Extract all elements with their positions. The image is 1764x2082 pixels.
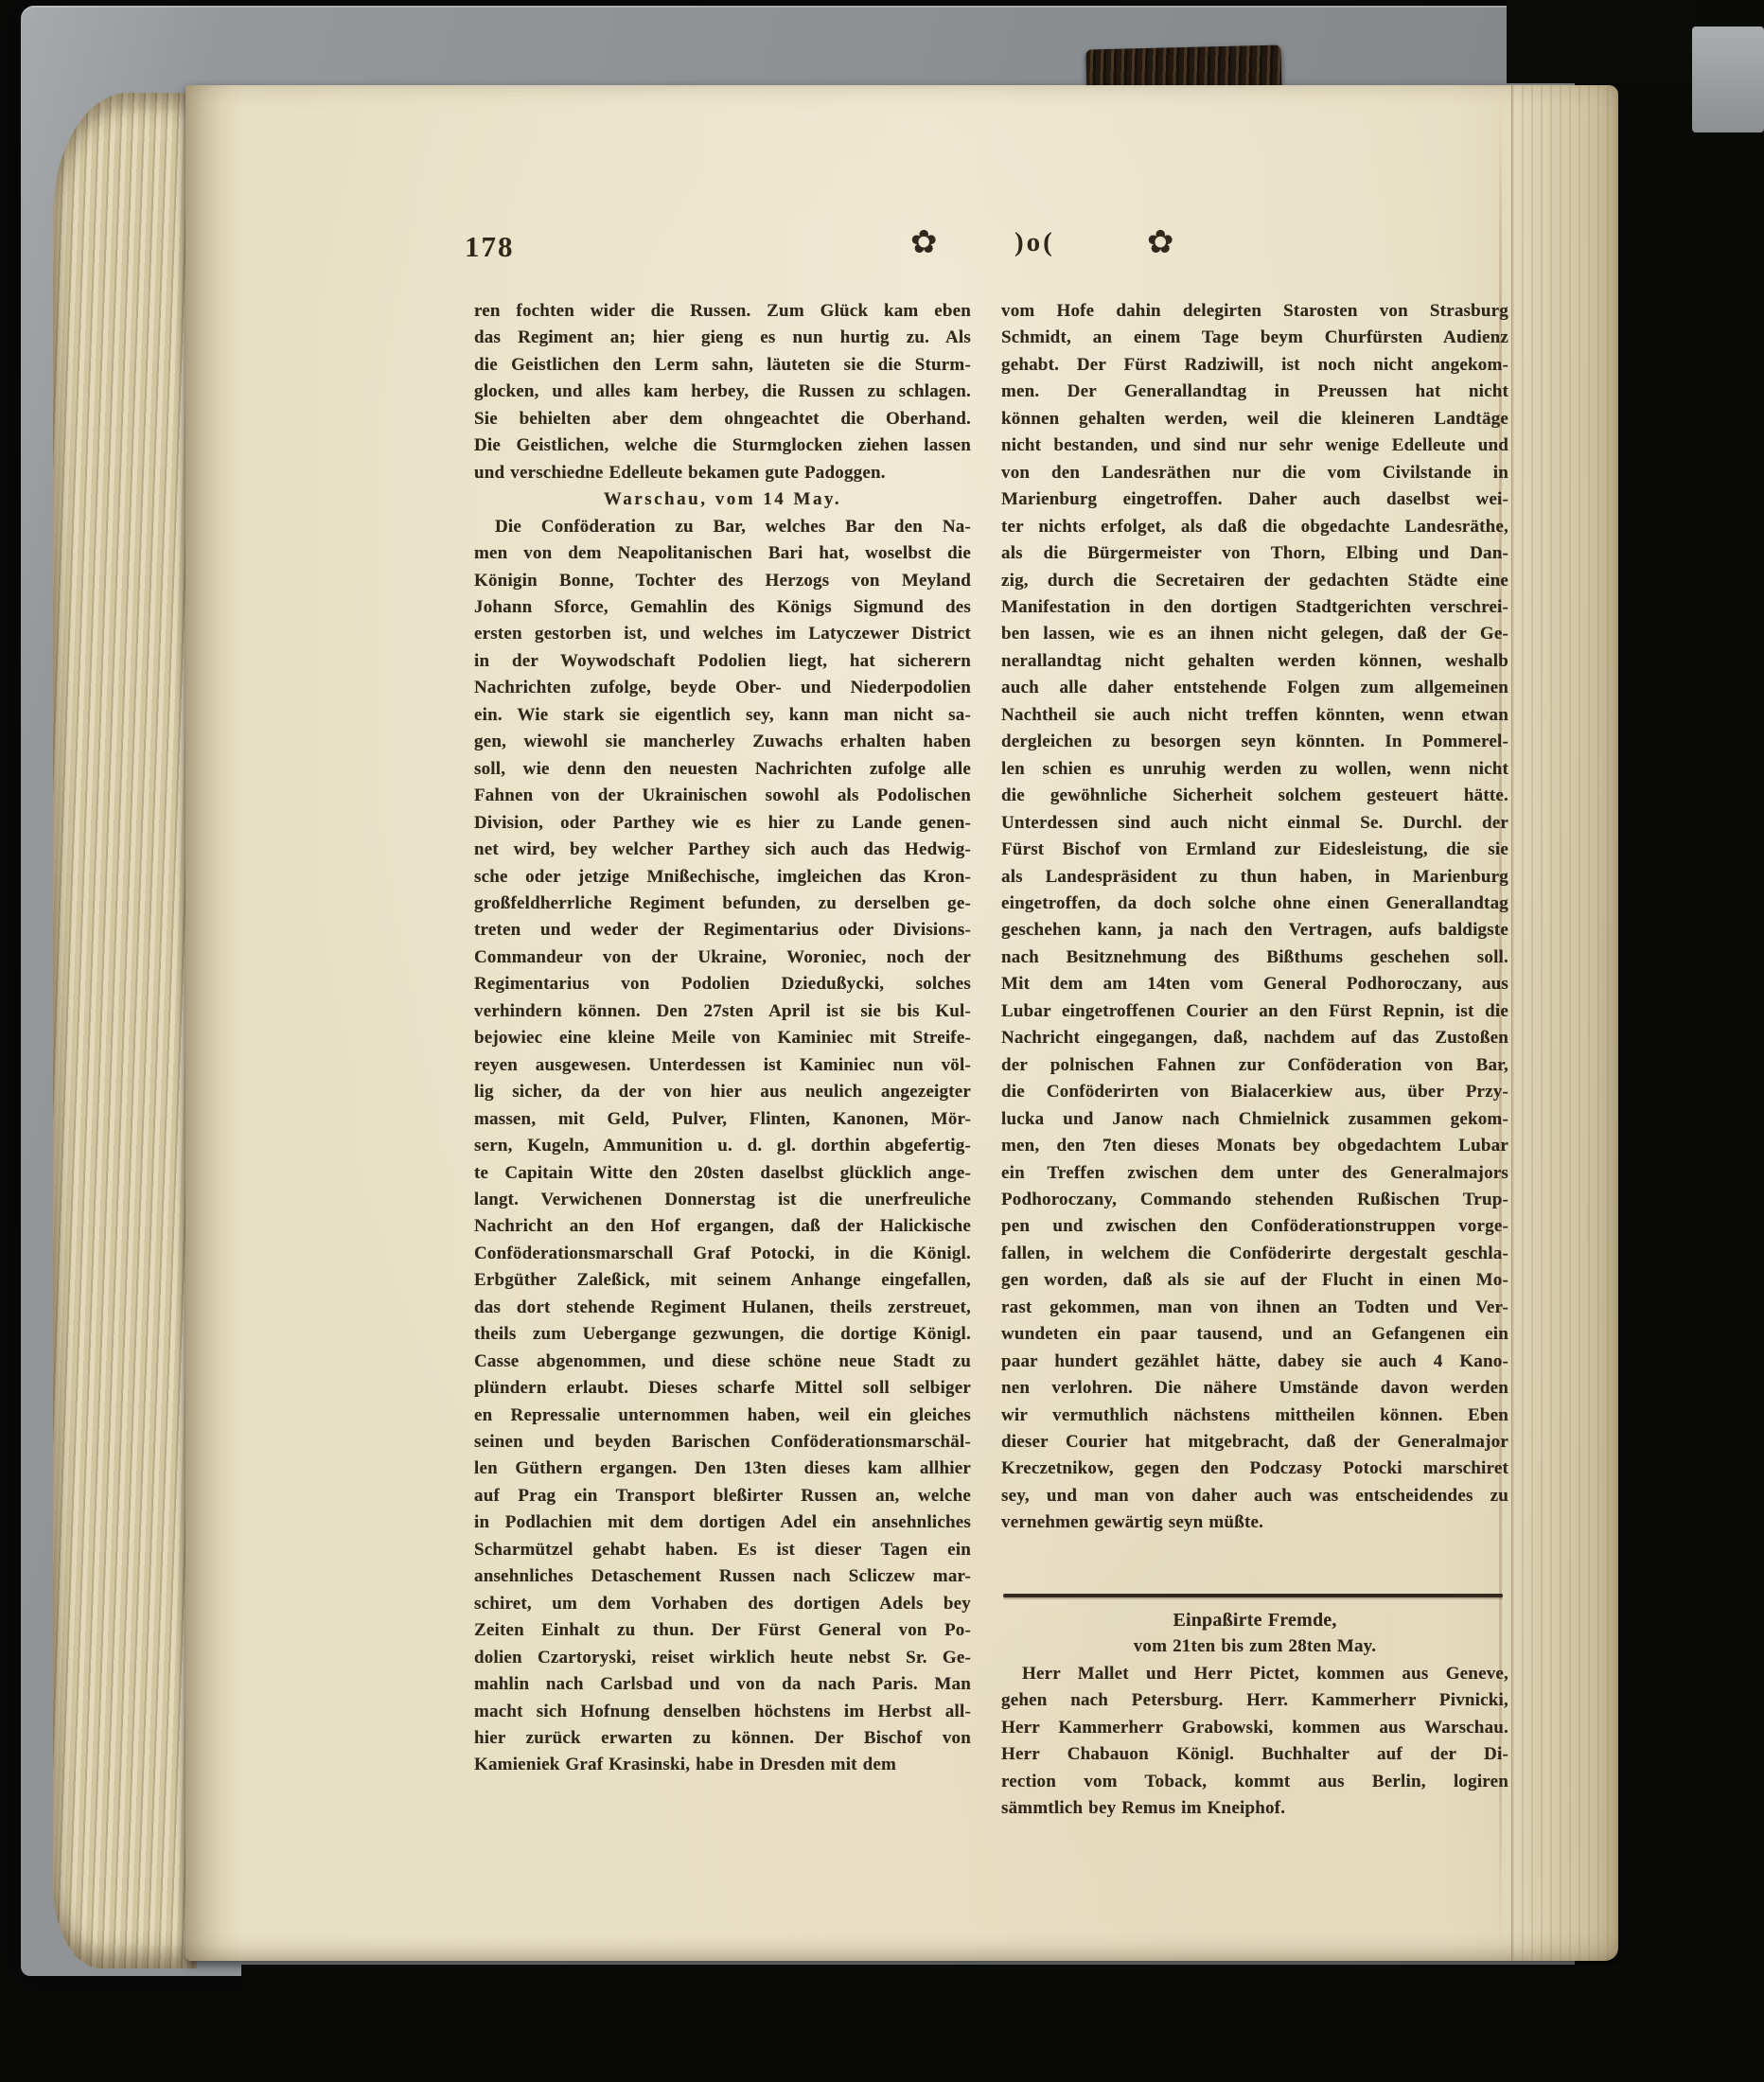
text-line: treten und weder der Regimentarius oder … xyxy=(474,917,971,944)
text-line: ansehnliches Detaschement Russen nach Sc… xyxy=(474,1563,971,1590)
text-line: rection vom Toback, kommt aus Berlin, lo… xyxy=(1001,1769,1508,1795)
text-line: großfeldherrliche Regiment befunden, zu … xyxy=(474,891,971,917)
text-line: in Podlachien mit dem dortigen Adel ein … xyxy=(474,1509,971,1536)
book-scan: 178 ✿ )o( ✿ ren fochten wider die Russen… xyxy=(0,0,1764,2082)
text-line: gehen nach Petersburg. Herr. Kammerherr … xyxy=(1001,1687,1508,1714)
text-line: Conföderationsmarschall Graf Potocki, in… xyxy=(474,1241,971,1267)
text-line: dergleichen zu besorgen seyn könnten. In… xyxy=(1001,729,1508,755)
book-page: 178 ✿ )o( ✿ ren fochten wider die Russen… xyxy=(185,85,1618,1961)
page-stack-edge xyxy=(53,93,197,1968)
text-line: Herr Kammerherr Grabowski, kommen aus Wa… xyxy=(1001,1715,1508,1741)
text-line: seinen und beyden Barischen Conföderatio… xyxy=(474,1429,971,1456)
text-line: ben lassen, wie es an ihnen nicht gelege… xyxy=(1001,621,1508,647)
text-line: paar hundert gezählet hätte, dabey sie a… xyxy=(1001,1349,1508,1375)
text-line: nerallandtag nicht gehalten werden könne… xyxy=(1001,648,1508,675)
text-line: geschehen kann, ja nach den Vertragen, a… xyxy=(1001,917,1508,944)
section-separator-mark: )o( xyxy=(1014,227,1055,258)
text-line: ren fochten wider die Russen. Zum Glück … xyxy=(474,298,971,325)
text-line: nach Besitznehmung des Bißthums geschehe… xyxy=(1001,944,1508,971)
text-line: gen worden, daß als sie auf der Flucht i… xyxy=(1001,1267,1508,1294)
text-line: auch alle daher entstehende Folgen zum a… xyxy=(1001,675,1508,701)
text-line: sey, und man von daher auch was entschei… xyxy=(1001,1483,1508,1509)
text-line: Kamieniek Graf Krasinski, habe in Dresde… xyxy=(474,1752,971,1778)
text-line: die Geistlichen den Lerm sahn, läuteten … xyxy=(474,352,971,379)
text-line: Die Conföderation zu Bar, welches Bar de… xyxy=(474,514,971,540)
text-line: len Güthern ergangen. Den 13ten dieses k… xyxy=(474,1456,971,1482)
text-line: Johann Sforce, Gemahlin des Königs Sigmu… xyxy=(474,594,971,621)
text-line: nen verlohren. Die nähere Umstände davon… xyxy=(1001,1375,1508,1402)
text-line: ersten gestorben ist, und welches im Lat… xyxy=(474,621,971,647)
text-line: sern, Kugeln, Ammunition u. d. gl. dorth… xyxy=(474,1133,971,1159)
dateline-heading: Warschau, vom 14 May. xyxy=(474,486,971,513)
text-line: Lubar eingetroffenen Courier an den Fürs… xyxy=(1001,998,1508,1025)
text-line: rast gekommen, man von ihnen an Todten u… xyxy=(1001,1295,1508,1321)
text-line: gen, wiewohl sie mancherley Zuwachs erha… xyxy=(474,729,971,755)
text-line: Unterdessen sind auch nicht einmal Se. D… xyxy=(1001,810,1508,837)
text-line: Nachtheil sie auch nicht treffen könnten… xyxy=(1001,702,1508,729)
text-line: wundeten ein paar tausend, und an Gefang… xyxy=(1001,1321,1508,1348)
background-shadow xyxy=(1507,0,1696,83)
text-line: Manifestation in den dortigen Stadtgeric… xyxy=(1001,594,1508,621)
text-line: net wird, bey welcher Parthey sich auch … xyxy=(474,837,971,863)
text-line: Schmidt, an einem Tage beym Churfürsten … xyxy=(1001,325,1508,351)
text-line: soll, wie denn den neuesten Nachrichten … xyxy=(474,756,971,783)
text-line: lig sicher, da der von hier aus neulich … xyxy=(474,1079,971,1105)
text-line: plündern erlaubt. Dieses scharfe Mittel … xyxy=(474,1375,971,1402)
text-line: Nachrichten zufolge, beyde Ober- und Nie… xyxy=(474,675,971,701)
background-shadow xyxy=(241,1965,1764,2082)
text-line: gehabt. Der Fürst Radziwill, ist noch ni… xyxy=(1001,352,1508,379)
text-line: bejowiec eine kleine Meile von Kaminiec … xyxy=(474,1025,971,1051)
text-line: und verschiedne Edelleute bekamen gute P… xyxy=(474,460,971,486)
text-line: Marienburg eingetroffen. Daher auch dase… xyxy=(1001,486,1508,513)
text-line: massen, mit Geld, Pulver, Flinten, Kanon… xyxy=(474,1106,971,1133)
shell-ornament-icon: ✿ xyxy=(910,223,938,261)
text-line: auf Prag ein Transport bleßirter Russen … xyxy=(474,1483,971,1509)
right-text-column: vom Hofe dahin delegirten Starosten von … xyxy=(1001,298,1508,1822)
text-line: Sie behielten aber dem ohngeachtet die O… xyxy=(474,406,971,432)
background-object xyxy=(1692,26,1764,132)
text-line: glocken, und alles kam herbey, die Russe… xyxy=(474,379,971,405)
text-line: als die Bürgermeister von Thorn, Elbing … xyxy=(1001,540,1508,567)
text-line: men von dem Neapolitanischen Bari hat, w… xyxy=(474,540,971,567)
text-line: die Conföderirten von Bialacerkiew aus, … xyxy=(1001,1079,1508,1105)
text-line: lucka und Janow nach Chmielnick zusammen… xyxy=(1001,1106,1508,1133)
shell-ornament-icon: ✿ xyxy=(1147,223,1174,261)
text-line: dieser Courier hat mitgebracht, daß der … xyxy=(1001,1429,1508,1456)
text-line: hier zurück erwarten zu können. Der Bisc… xyxy=(474,1725,971,1752)
text-line: nicht bestanden, und sind nur sehr wenig… xyxy=(1001,432,1508,459)
text-line: können gehalten werden, weil die kleiner… xyxy=(1001,406,1508,432)
text-line: Fürst Bischof von Ermland zur Eidesleist… xyxy=(1001,837,1508,863)
text-line: schiret, um dem Vorhaben des dortigen Ad… xyxy=(474,1591,971,1617)
text-line: sämmtlich bey Remus im Kneiphof. xyxy=(1001,1795,1508,1822)
text-line: mahlin nach Carlsbad und von da nach Par… xyxy=(474,1671,971,1698)
text-line: ein. Wie stark sie eigentlich sey, kann … xyxy=(474,702,971,729)
text-line: wir vermuthlich nächstens mittheilen kön… xyxy=(1001,1403,1508,1429)
text-line: pen und zwischen den Conföderationstrupp… xyxy=(1001,1213,1508,1240)
text-line: Nachricht an den Hof ergangen, daß der H… xyxy=(474,1213,971,1240)
left-text-column: ren fochten wider die Russen. Zum Glück … xyxy=(474,298,971,1779)
text-line: ein Treffen zwischen dem unter des Gener… xyxy=(1001,1160,1508,1187)
text-line: Mit dem am 14ten vom General Podhoroczan… xyxy=(1001,971,1508,997)
text-line: Nachricht eingegangen, daß, nachdem auf … xyxy=(1001,1025,1508,1051)
paragraph-confederation: Die Conföderation zu Bar, welches Bar de… xyxy=(474,514,971,1779)
text-line: in der Woywodschaft Podolien liegt, hat … xyxy=(474,648,971,675)
page-fore-edge xyxy=(1511,85,1618,1961)
section-divider-rule xyxy=(1003,1594,1503,1597)
text-line: te Capitain Witte den 20sten daselbst gl… xyxy=(474,1160,971,1187)
text-line: Division, oder Parthey wie es hier zu La… xyxy=(474,810,971,837)
paragraph-warsaw-intro: ren fochten wider die Russen. Zum Glück … xyxy=(474,298,971,486)
text-line: en Repressalie unternommen haben, weil e… xyxy=(474,1403,971,1429)
text-line: Die Geistlichen, welche die Sturmglocken… xyxy=(474,432,971,459)
text-line: von den Landesräthen nur die vom Civilst… xyxy=(1001,460,1508,486)
text-line: fallen, in welchem die Conföderirte derg… xyxy=(1001,1241,1508,1267)
text-line: Commandeur von der Ukraine, Woroniec, no… xyxy=(474,944,971,971)
text-line: Königin Bonne, Tochter des Herzogs von M… xyxy=(474,568,971,594)
text-line: zig, durch die Secretairen der gedachten… xyxy=(1001,568,1508,594)
text-line: len schien es unruhig werden zu wollen, … xyxy=(1001,756,1508,783)
text-line: vernehmen gewärtig seyn müßte. xyxy=(1001,1509,1508,1536)
text-line: reyen ausgewesen. Unterdessen ist Kamini… xyxy=(474,1052,971,1079)
text-line: das Regiment an; hier gieng es nun hurti… xyxy=(474,325,971,351)
text-line: ter nichts erfolget, als daß die obgedac… xyxy=(1001,514,1508,540)
text-line: Erbgüther Zaleßick, mit seinem Anhange e… xyxy=(474,1267,971,1294)
text-line: men, den 7ten dieses Monats bey obgedach… xyxy=(1001,1133,1508,1159)
text-line: macht sich Hofnung denselben höchstens i… xyxy=(474,1699,971,1725)
text-line: sche oder jetzige Mnißechische, imgleich… xyxy=(474,864,971,891)
text-line: Scharmützel gehabt haben. Es ist dieser … xyxy=(474,1537,971,1563)
text-line: dolien Czartoryski, reiset wirklich heut… xyxy=(474,1645,971,1671)
text-line: verhindern können. Den 27sten April ist … xyxy=(474,998,971,1025)
text-line: Herr Chabauon Königl. Buchhalter auf der… xyxy=(1001,1741,1508,1768)
section-title: Einpaßirte Fremde, xyxy=(1001,1607,1508,1633)
text-line: Fahnen von der Ukrainischen sowohl als P… xyxy=(474,783,971,809)
text-line: men. Der Generallandtag in Preussen hat … xyxy=(1001,379,1508,405)
text-line: Kreczetnikow, gegen den Podczasy Potocki… xyxy=(1001,1456,1508,1482)
text-line: Herr Mallet und Herr Pictet, kommen aus … xyxy=(1001,1661,1508,1687)
text-line: vom Hofe dahin delegirten Starosten von … xyxy=(1001,298,1508,325)
text-line: der polnischen Fahnen zur Conföderation … xyxy=(1001,1052,1508,1079)
paragraph-continuation: vom Hofe dahin delegirten Starosten von … xyxy=(1001,298,1508,1537)
text-line: Casse abgenommen, und diese schöne neue … xyxy=(474,1349,971,1375)
paragraph-arrivals: Herr Mallet und Herr Pictet, kommen aus … xyxy=(1001,1661,1508,1823)
text-line: eingetroffen, da doch solche ohne einen … xyxy=(1001,891,1508,917)
text-line: langt. Verwichenen Donnerstag ist die un… xyxy=(474,1187,971,1213)
text-line: das dort stehende Regiment Hulanen, thei… xyxy=(474,1295,971,1321)
text-line: theils zum Uebergange gezwungen, die dor… xyxy=(474,1321,971,1348)
text-line: die gewöhnliche Sicherheit solchem geste… xyxy=(1001,783,1508,809)
text-line: Zeiten Einhalt zu thun. Der Fürst Genera… xyxy=(474,1617,971,1644)
text-line: als Landespräsident zu thun haben, in Ma… xyxy=(1001,864,1508,891)
page-number: 178 xyxy=(465,230,515,264)
section-subtitle: vom 21ten bis zum 28ten May. xyxy=(1001,1633,1508,1660)
text-line: Podhoroczany, Commando stehenden Rußisch… xyxy=(1001,1187,1508,1213)
text-line: Regimentarius von Podolien Dziedußycki, … xyxy=(474,971,971,997)
